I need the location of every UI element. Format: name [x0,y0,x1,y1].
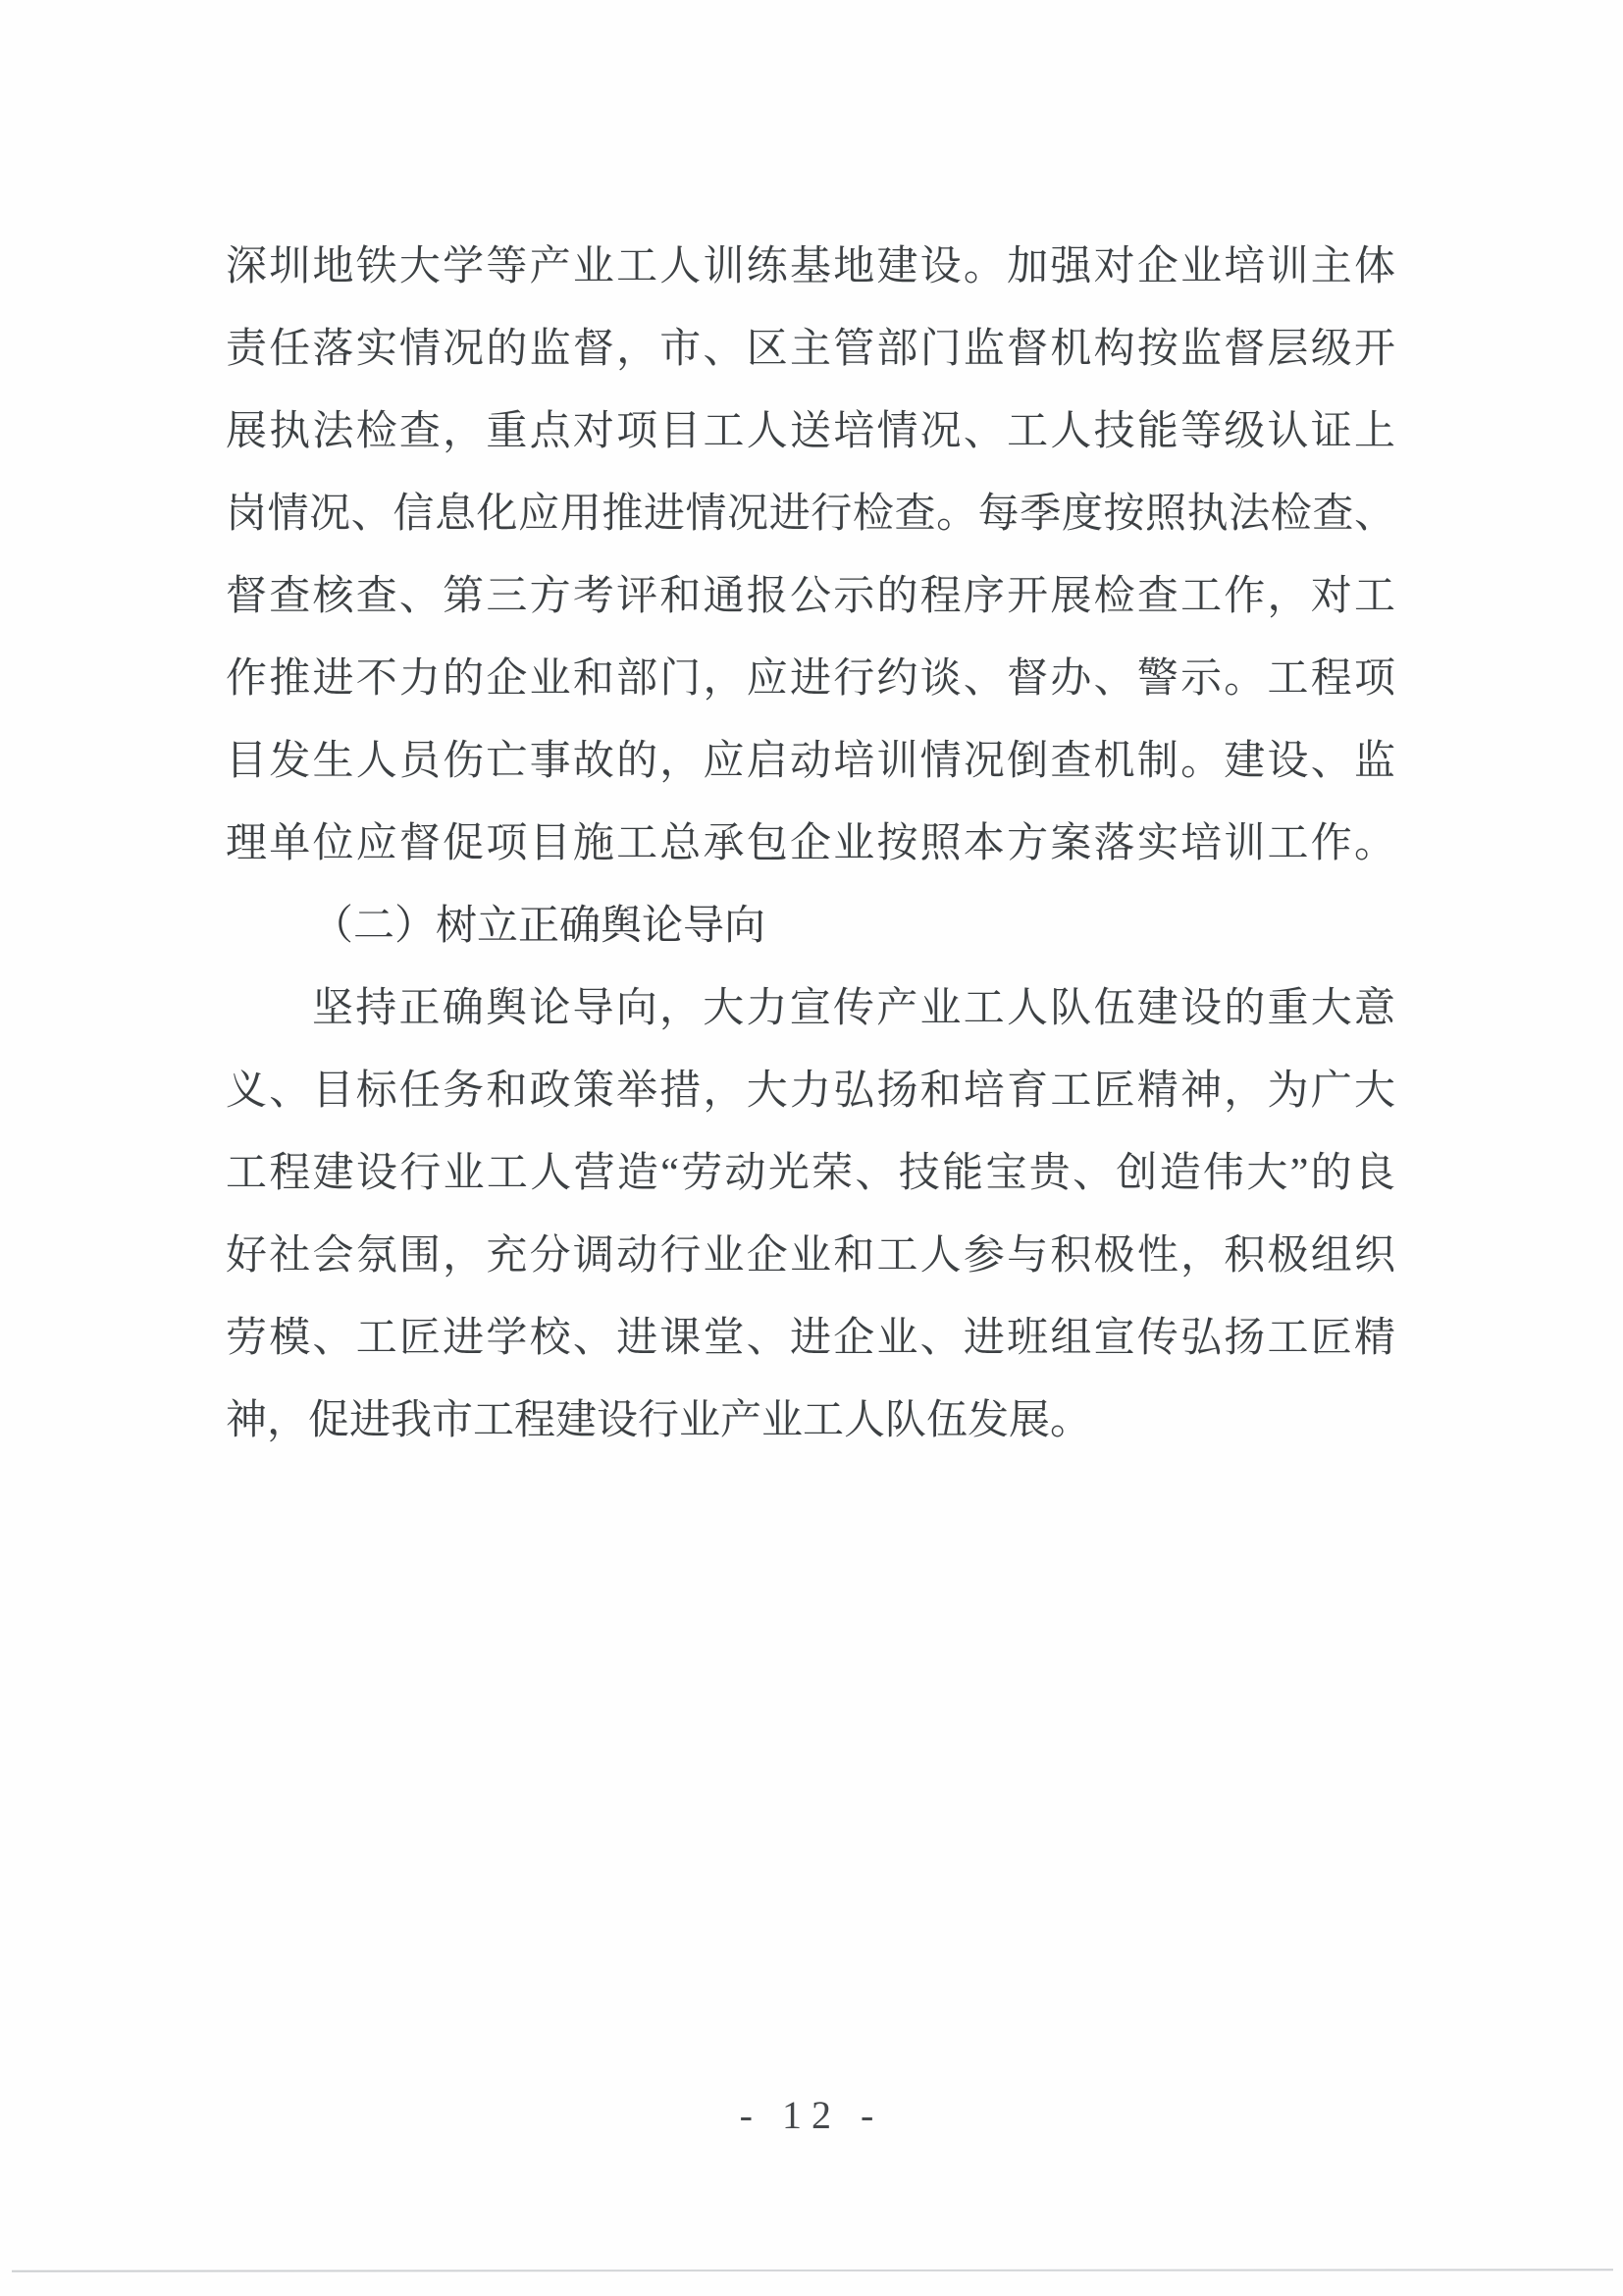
body-text-line: 作推进不力的企业和部门，应进行约谈、督办、警示。工程项 [226,638,1395,720]
body-text-line: 劳模、工匠进学校、进课堂、进企业、进班组宣传弘扬工匠精 [226,1297,1395,1380]
body-text-line: 目发生人员伤亡事故的，应启动培训情况倒查机制。建设、监 [226,720,1395,803]
body-text-line: 义、目标任务和政策举措，大力弘扬和培育工匠精神，为广大 [226,1050,1395,1132]
body-text-line: 神，促进我市工程建设行业产业工人队伍发展。 [226,1380,1395,1462]
body-text-line: 理单位应督促项目施工总承包企业按照本方案落实培训工作。 [226,803,1395,885]
text-block: 深圳地铁大学等产业工人训练基地建设。加强对企业培训主体 责任落实情况的监督，市、… [226,226,1395,1462]
section-heading: （二）树立正确舆论导向 [226,885,1395,967]
body-text-line: 深圳地铁大学等产业工人训练基地建设。加强对企业培训主体 [226,226,1395,308]
body-text-line: 展执法检查，重点对项目工人送培情况、工人技能等级认证上 [226,391,1395,473]
page-number: - 12 - [0,2092,1623,2138]
body-text-line: 督查核查、第三方考评和通报公示的程序开展检查工作，对工 [226,555,1395,638]
body-text-line: 坚持正确舆论导向，大力宣传产业工人队伍建设的重大意 [226,967,1395,1050]
body-text-line: 工程建设行业工人营造“劳动光荣、技能宝贵、创造伟大”的良 [226,1132,1395,1215]
body-text-line: 岗情况、信息化应用推进情况进行检查。每季度按照执法检查、 [226,473,1395,555]
scan-artifact-line [12,2269,1613,2271]
document-page: 深圳地铁大学等产业工人训练基地建设。加强对企业培训主体 责任落实情况的监督，市、… [0,0,1623,2296]
body-text-line: 好社会氛围，充分调动行业企业和工人参与积极性，积极组织 [226,1215,1395,1297]
body-text-line: 责任落实情况的监督，市、区主管部门监督机构按监督层级开 [226,308,1395,391]
